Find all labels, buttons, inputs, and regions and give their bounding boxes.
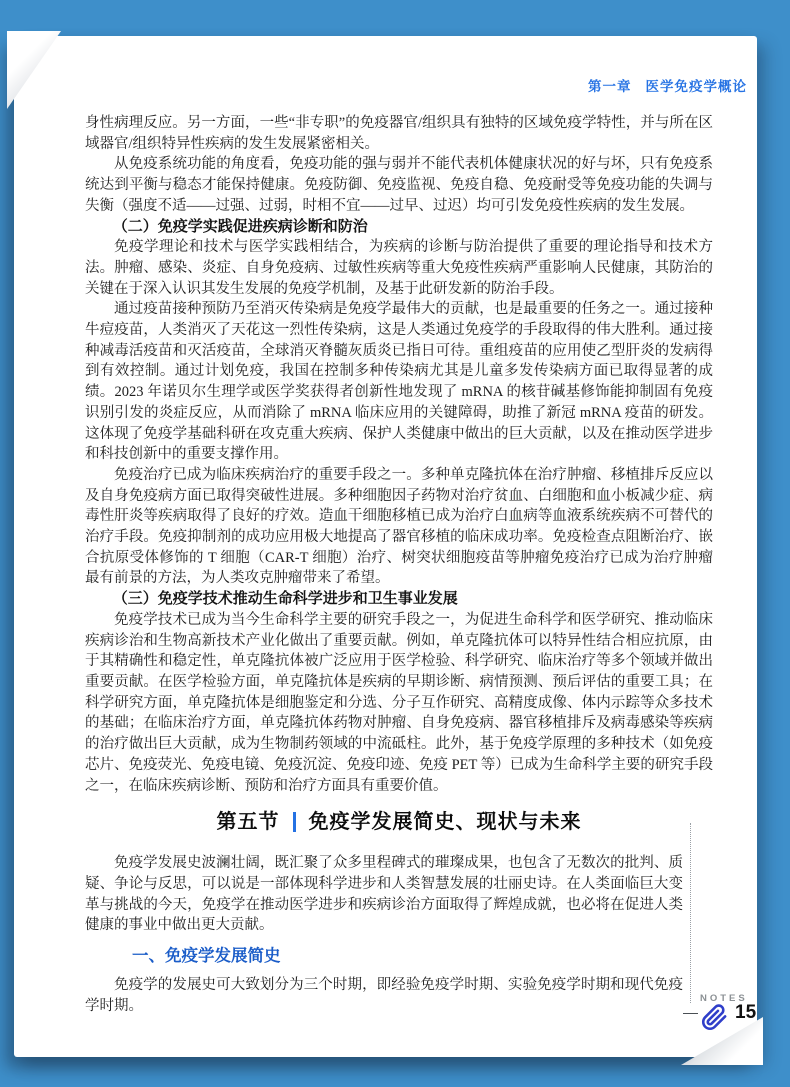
folded-corner-top-left xyxy=(7,31,69,117)
section-body: 免疫学发展史波澜壮阔，既汇聚了众多里程碑式的璀璨成果，也包含了无数次的批判、质疑… xyxy=(85,853,713,1016)
sub-heading-3: （三）免疫学技术推动生命科学进步和卫生事业发展 xyxy=(85,589,713,610)
running-head-title: 医学免疫学概论 xyxy=(646,79,748,94)
body-paragraph: 从免疫系统功能的角度看，免疫功能的强与弱并不能代表机体健康状况的好与坏，只有免疫… xyxy=(85,154,713,216)
body-paragraph: 免疫学发展史波澜壮阔，既汇聚了众多里程碑式的璀璨成果，也包含了无数次的批判、质疑… xyxy=(85,853,683,936)
section-number: 第五节 xyxy=(217,808,280,836)
section-divider-bar xyxy=(293,812,296,832)
section-name: 免疫学发展简史、现状与未来 xyxy=(309,808,582,836)
body-paragraph: 免疫学理论和技术与医学实践相结合，为疾病的诊断与防治提供了重要的理论指导和技术方… xyxy=(85,237,713,299)
running-head-chapter: 第一章 xyxy=(588,79,632,94)
notes-dash xyxy=(683,1013,698,1014)
page-number: 15 xyxy=(735,1002,756,1024)
paperclip-icon xyxy=(701,1004,728,1031)
sub-heading-2: （二）免疫学实践促进疾病诊断和防治 xyxy=(85,217,713,238)
body-paragraph: 身性病理反应。另一方面，一些“非专职”的免疫器官/组织具有独特的区域免疫学特性，… xyxy=(85,113,713,154)
running-head: 第一章医学免疫学概论 xyxy=(588,75,747,95)
page-body: 身性病理反应。另一方面，一些“非专职”的免疫器官/组织具有独特的区域免疫学特性，… xyxy=(85,113,713,1016)
notes-divider-line xyxy=(690,823,691,1003)
book-page: 第一章医学免疫学概论 身性病理反应。另一方面，一些“非专职”的免疫器官/组织具有… xyxy=(14,36,757,1057)
body-paragraph: 免疫学的发展史可大致划分为三个时期，即经验免疫学时期、实验免疫学时期和现代免疫学… xyxy=(85,975,683,1016)
photo-background: { "colors": { "background_blue": "#3e8fc… xyxy=(0,0,790,1087)
body-paragraph: 免疫学技术已成为当今生命科学主要的研究手段之一，为促进生命科学和医学研究、推动临… xyxy=(85,610,713,796)
section-title: 第五节 免疫学发展简史、现状与未来 xyxy=(85,808,713,836)
body-paragraph: 通过疫苗接种预防乃至消灭传染病是免疫学最伟大的贡献，也是最重要的任务之一。通过接… xyxy=(85,299,713,465)
subsection-heading: 一、免疫学发展简史 xyxy=(85,945,683,968)
body-paragraph: 免疫治疗已成为临床疾病治疗的重要手段之一。多种单克隆抗体在治疗肿瘤、移植排斥反应… xyxy=(85,465,713,589)
